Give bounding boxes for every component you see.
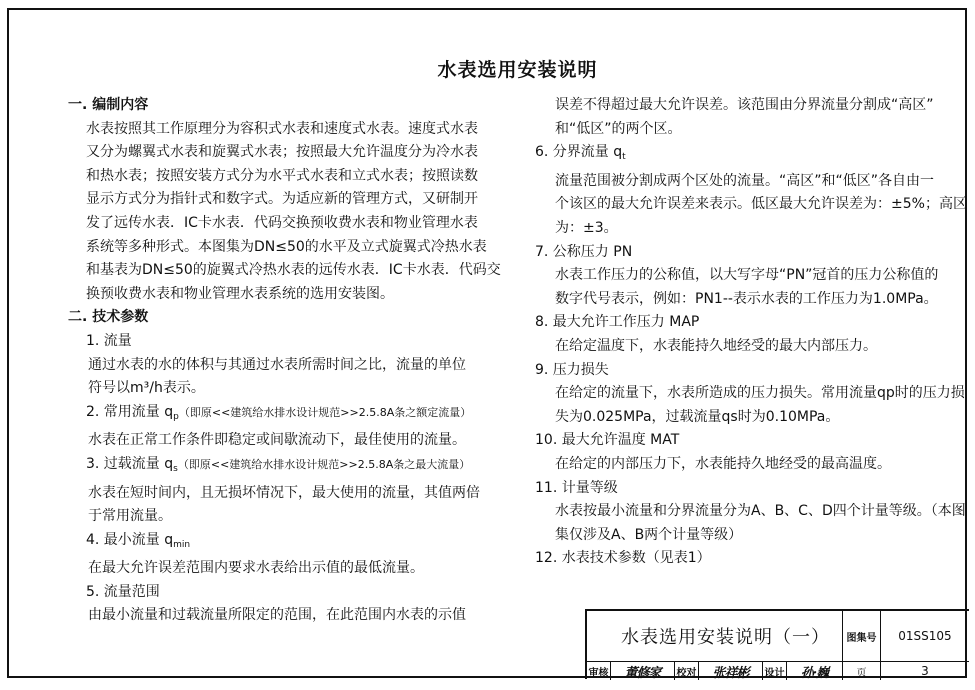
right-column: 误差不得超过最大允许误差。该范围由分界流量分割成“高区” 和“低区”的两个区。 … — [535, 94, 955, 571]
paragraph-line: 水表在短时间内，且无损坏情况下，最大使用的流量，其值两倍 — [68, 482, 468, 506]
paragraph-line: 和“低区”的两个区。 — [535, 118, 955, 142]
section-heading-compile: 一. 编制内容 — [68, 94, 468, 118]
review-label: 审核 — [587, 662, 611, 680]
paragraph-line: 换预收费水表和物业管理水表系统的选用安装图。 — [68, 283, 468, 307]
paragraph-line: 通过水表的水的体积与其通过水表所需时间之比，流量的单位 — [68, 354, 468, 378]
paragraph-line: 由最小流量和过载流量所限定的范围，在此范围内水表的示值 — [68, 604, 468, 628]
check-label: 校对 — [675, 662, 699, 680]
page-number: 3 — [881, 662, 969, 680]
paragraph-line: 水表工作压力的公称值，以大写字母“PN”冠首的压力公称值的 — [535, 264, 955, 288]
paragraph-line: 符号以m³/h表示。 — [68, 377, 468, 401]
paragraph-line: 数字代号表示，例如：PN1--表示水表的工作压力为1.0MPa。 — [535, 288, 955, 312]
paragraph-line: 于常用流量。 — [68, 505, 468, 529]
paragraph-line: 在给定的内部压力下，水表能持久地经受的最高温度。 — [535, 453, 955, 477]
paragraph-line: 误差不得超过最大允许误差。该范围由分界流量分割成“高区” — [535, 94, 955, 118]
item-heading-min-flow: 4. 最小流量 qmin — [68, 529, 468, 558]
paragraph-line: 发了远传水表．IC卡水表．代码交换预收费水表和物业管理水表 — [68, 212, 468, 236]
item-heading-nominal-flow: 2. 常用流量 qp（即原<<建筑给水排水设计规范>>2.5.8A条之额定流量） — [68, 401, 468, 430]
item-heading-tech-params-table: 12. 水表技术参数（见表1） — [535, 547, 955, 571]
item-heading-pressure-loss: 9. 压力损失 — [535, 359, 955, 383]
paragraph-line: 水表按最小流量和分界流量分为A、B、C、D四个计量等级。（本图 — [535, 500, 955, 524]
left-column: 一. 编制内容 水表按照其工作原理分为容积式水表和速度式水表。速度式水表 又分为… — [68, 94, 468, 628]
paragraph-line: 集仅涉及A、B两个计量等级） — [535, 524, 955, 548]
title-block: 水表选用安装说明（一） 图集号 01SS105 审核 董修家 校对 张祥彬 设计… — [585, 609, 969, 679]
item-heading-map: 8. 最大允许工作压力 MAP — [535, 311, 955, 335]
paragraph-line: 为：±3。 — [535, 217, 955, 241]
paragraph-line: 和热水表；按照安装方式分为水平式水表和立式水表；按照读数 — [68, 165, 468, 189]
paragraph-line: 个该区的最大允许误差来表示。低区最大允许误差为：±5%；高区 — [535, 193, 955, 217]
paragraph-line: 又分为螺翼式水表和旋翼式水表；按照最大允许温度分为冷水表 — [68, 141, 468, 165]
section-heading-tech-params: 二. 技术参数 — [68, 306, 468, 330]
review-signature: 董修家 — [611, 662, 675, 680]
paragraph-line: 在最大允许误差范围内要求水表给出示值的最低流量。 — [68, 557, 468, 581]
design-signature: 孙·巍 — [787, 662, 843, 680]
paragraph-line: 和基表为DN≤50的旋翼式冷热水表的远传水表．IC卡水表．代码交 — [68, 259, 468, 283]
item-heading-transitional-flow: 6. 分界流量 qt — [535, 141, 955, 170]
paragraph-line: 水表在正常工作条件即稳定或间歇流动下，最佳使用的流量。 — [68, 429, 468, 453]
paragraph-line: 系统等多种形式。本图集为DN≤50的水平及立式旋翼式冷热水表 — [68, 236, 468, 260]
drawing-name: 水表选用安装说明（一） — [587, 611, 843, 661]
paragraph-line: 在给定的流量下，水表所造成的压力损失。常用流量qp时的压力损 — [535, 382, 955, 406]
paragraph-line: 在给定温度下，水表能持久地经受的最大内部压力。 — [535, 335, 955, 359]
check-signature: 张祥彬 — [699, 662, 763, 680]
paragraph-line: 水表按照其工作原理分为容积式水表和速度式水表。速度式水表 — [68, 118, 468, 142]
signature-row: 审核 董修家 校对 张祥彬 设计 孙·巍 页 3 — [587, 661, 969, 680]
page-label: 页 — [843, 662, 881, 680]
item-heading-metering-class: 11. 计量等级 — [535, 477, 955, 501]
item-heading-flow-range: 5. 流量范围 — [68, 581, 468, 605]
item-heading-mat: 10. 最大允许温度 MAT — [535, 429, 955, 453]
paragraph-line: 失为0.025MPa，过载流量qs时为0.10MPa。 — [535, 406, 955, 430]
page-title: 水表选用安装说明 — [0, 55, 975, 82]
paragraph-line: 流量范围被分割成两个区处的流量。“高区”和“低区”各自由一 — [535, 170, 955, 194]
atlas-no: 01SS105 — [881, 611, 969, 661]
atlas-no-label: 图集号 — [843, 611, 881, 661]
item-heading-nominal-pressure: 7. 公称压力 PN — [535, 241, 955, 265]
design-label: 设计 — [763, 662, 787, 680]
item-heading-overload-flow: 3. 过载流量 qs（即原<<建筑给水排水设计规范>>2.5.8A条之最大流量） — [68, 453, 468, 482]
paragraph-line: 显示方式分为指针式和数字式。为适应新的管理方式，又研制开 — [68, 188, 468, 212]
item-heading-flow: 1. 流量 — [68, 330, 468, 354]
